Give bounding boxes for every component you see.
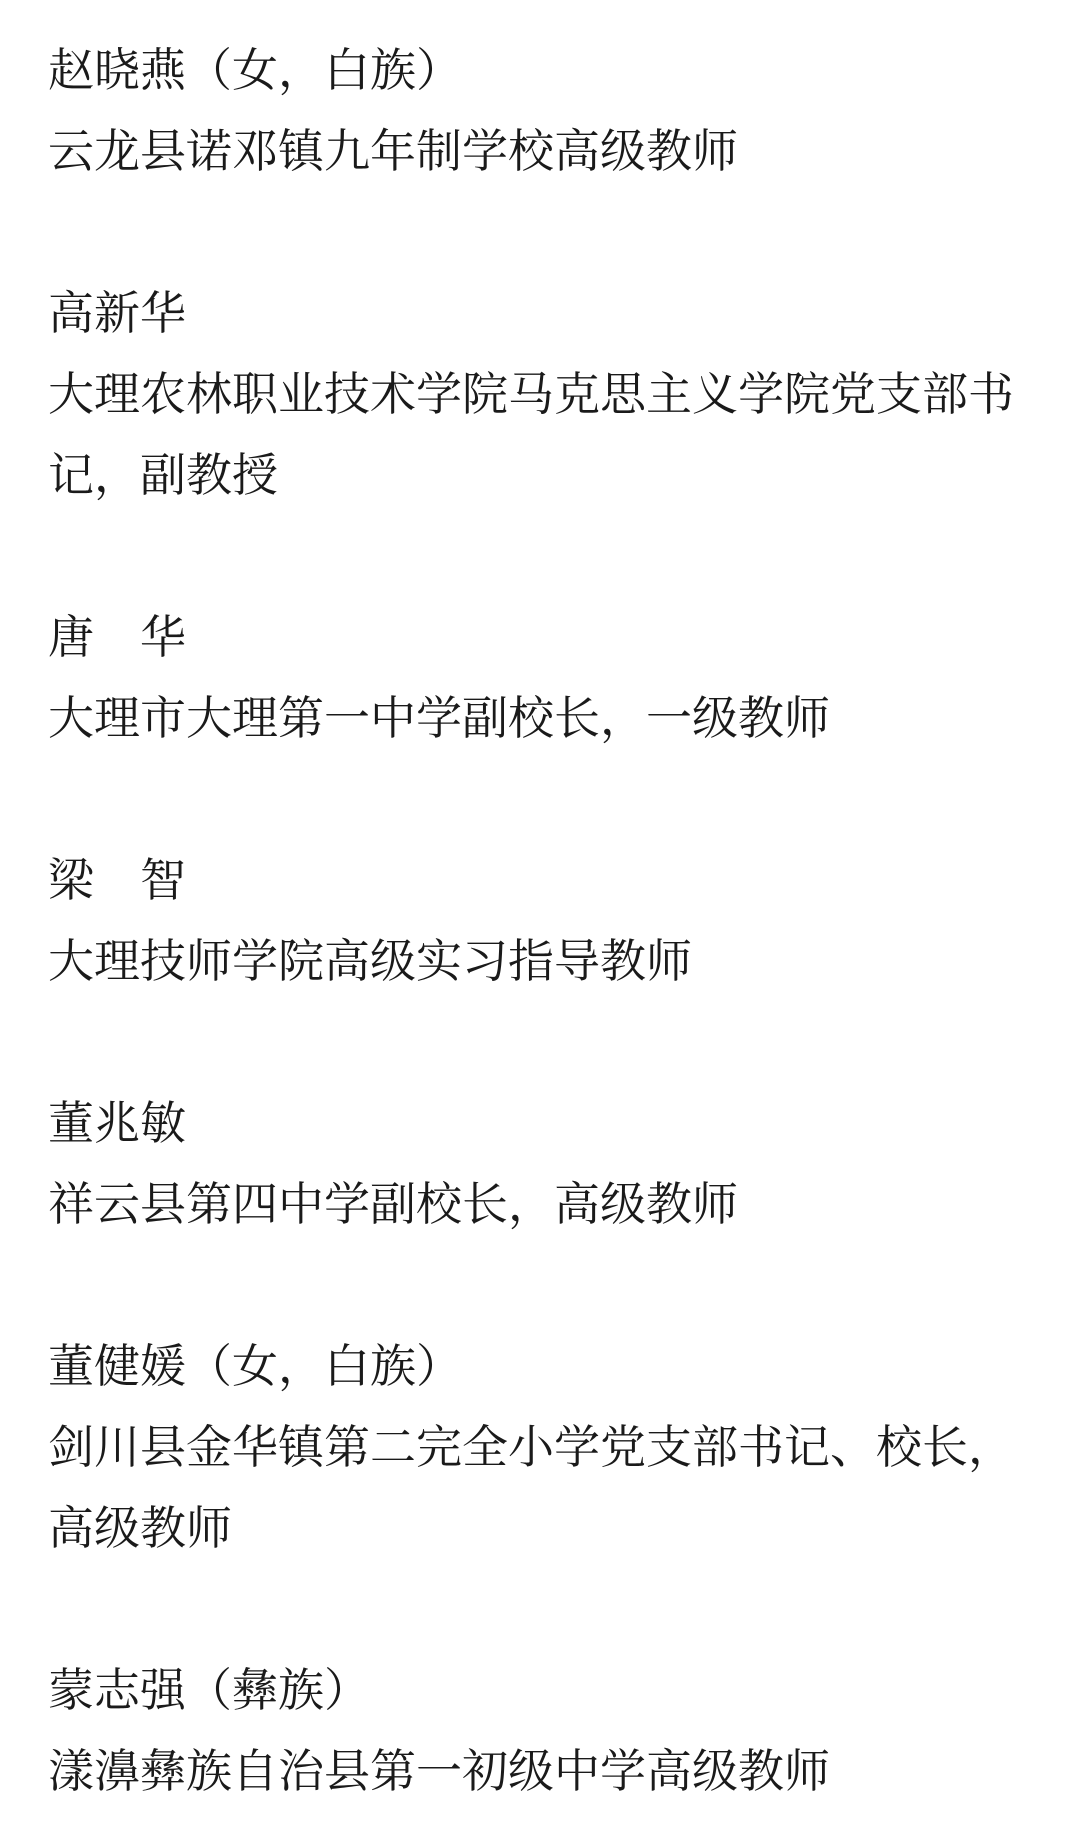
person-name: 董兆敏 bbox=[48, 1083, 1031, 1164]
person-title-line: 记，副教授 bbox=[48, 435, 1031, 516]
person-title-line: 漾濞彝族自治县第一初级中学高级教师 bbox=[48, 1731, 1031, 1812]
person-title-line: 剑川县金华镇第二完全小学党支部书记、校长， bbox=[48, 1407, 1031, 1488]
person-title-line: 高级教师 bbox=[48, 1488, 1031, 1569]
person-title-line: 云龙县诺邓镇九年制学校高级教师 bbox=[48, 111, 1031, 192]
person-name: 高新华 bbox=[48, 273, 1031, 354]
person-entry: 董健媛（女，白族） 剑川县金华镇第二完全小学党支部书记、校长， 高级教师 bbox=[48, 1326, 1031, 1569]
person-name: 唐 华 bbox=[48, 597, 1031, 678]
person-entry: 董兆敏 祥云县第四中学副校长，高级教师 bbox=[48, 1083, 1031, 1245]
person-name: 蒙志强（彝族） bbox=[48, 1650, 1031, 1731]
person-entry: 赵晓燕（女，白族） 云龙县诺邓镇九年制学校高级教师 bbox=[48, 30, 1031, 192]
document-body: 赵晓燕（女，白族） 云龙县诺邓镇九年制学校高级教师 高新华 大理农林职业技术学院… bbox=[0, 0, 1079, 1842]
person-name: 赵晓燕（女，白族） bbox=[48, 30, 1031, 111]
person-title-line: 大理市大理第一中学副校长，一级教师 bbox=[48, 678, 1031, 759]
person-title-line: 大理技师学院高级实习指导教师 bbox=[48, 921, 1031, 1002]
person-entry: 梁 智 大理技师学院高级实习指导教师 bbox=[48, 840, 1031, 1002]
page: { "page": { "background_color": "#ffffff… bbox=[0, 0, 1079, 1842]
person-entry: 高新华 大理农林职业技术学院马克思主义学院党支部书 记，副教授 bbox=[48, 273, 1031, 516]
person-entry: 蒙志强（彝族） 漾濞彝族自治县第一初级中学高级教师 bbox=[48, 1650, 1031, 1812]
person-name: 梁 智 bbox=[48, 840, 1031, 921]
person-name: 董健媛（女，白族） bbox=[48, 1326, 1031, 1407]
person-title-line: 大理农林职业技术学院马克思主义学院党支部书 bbox=[48, 354, 1031, 435]
person-title-line: 祥云县第四中学副校长，高级教师 bbox=[48, 1164, 1031, 1245]
person-entry: 唐 华 大理市大理第一中学副校长，一级教师 bbox=[48, 597, 1031, 759]
